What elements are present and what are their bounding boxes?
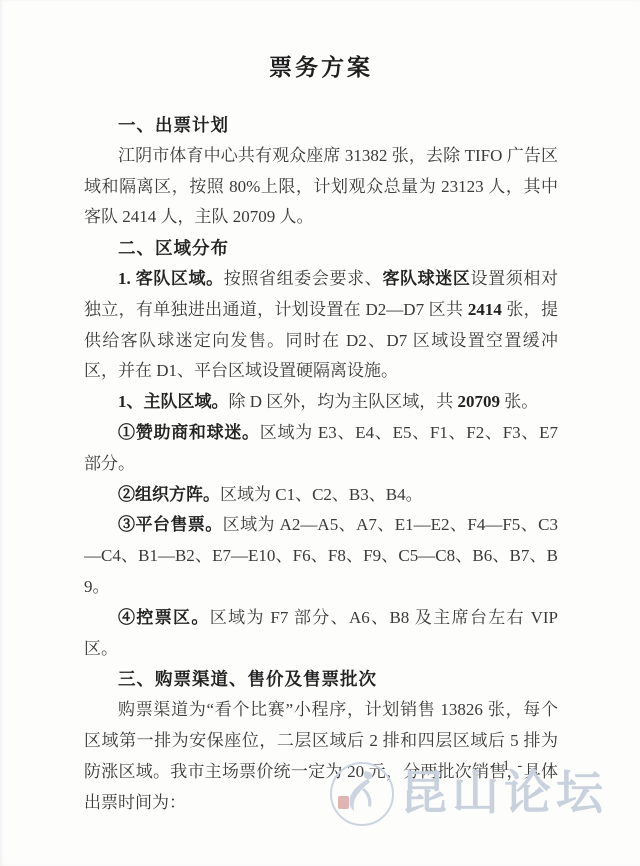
paragraph-home-team-zone: 1、主队区域。除 D 区外，均为主队区域，共 20709 张。 (84, 387, 558, 418)
section-heading-purchase-channels: 三、购票渠道、售价及售票批次 (84, 664, 558, 695)
run-bold: 客队球迷区 (382, 269, 470, 288)
run-bold: ①赞助商和球迷。 (118, 423, 260, 442)
run-bold: ④控票区。 (118, 608, 210, 627)
run-text: 区域为 C1、C2、B3、B4。 (220, 485, 423, 504)
page-footer: - 1 - 昆山论坛 (0, 752, 640, 866)
paragraph-sponsor-fans: ①赞助商和球迷。区域为 E3、E4、E5、F1、F2、F3、E7 部分。 (84, 418, 558, 480)
run-bold: ③平台售票。 (118, 515, 223, 534)
paragraph-text: 江阴市体育中心共有观众座席 31382 张，去除 TIFO 广告区域和隔离区，按… (84, 146, 558, 227)
paragraph-controlled-tickets: ④控票区。区域为 F7 部分、A6、B8 及主席台左右 VIP 区。 (84, 603, 558, 665)
run-text: 按照省组委会要求、 (224, 269, 383, 288)
paragraph-ticket-plan: 江阴市体育中心共有观众座席 31382 张，去除 TIFO 广告区域和隔离区，按… (84, 141, 558, 233)
forum-watermark-text: 昆山论坛 (400, 764, 608, 824)
forum-logo-icon (330, 762, 394, 826)
run-bold: 20709 (458, 392, 501, 411)
run-text: 除 D 区外，均为主队区域，共 (229, 392, 458, 411)
run-bold: 1. 客队区域。 (118, 269, 224, 288)
run-bold: 2414 (468, 300, 502, 319)
paragraph-organized-groups: ②组织方阵。区域为 C1、C2、B3、B4。 (84, 480, 558, 511)
page-title: 票务方案 (84, 50, 558, 84)
run-bold: ②组织方阵。 (118, 485, 220, 504)
document-page: 票务方案 一、出票计划 江阴市体育中心共有观众座席 31382 张，去除 TIF… (0, 0, 640, 866)
section-heading-zone-distribution: 二、区域分布 (84, 233, 558, 264)
section-heading-ticket-plan: 一、出票计划 (84, 110, 558, 141)
red-seal-icon (338, 796, 349, 809)
document-content: 票务方案 一、出票计划 江阴市体育中心共有观众座席 31382 张，去除 TIF… (84, 50, 558, 818)
run-text: 张。 (500, 392, 538, 411)
forum-watermark: 昆山论坛 (330, 762, 608, 826)
paragraph-platform-sales: ③平台售票。区域为 A2—A5、A7、E1—E2、F4—F5、C3—C4、B1—… (84, 510, 558, 602)
run-bold: 1、主队区域。 (118, 392, 229, 411)
paragraph-away-team-zone: 1. 客队区域。按照省组委会要求、客队球迷区设置须相对独立，有单独进出通道，计划… (84, 264, 558, 387)
